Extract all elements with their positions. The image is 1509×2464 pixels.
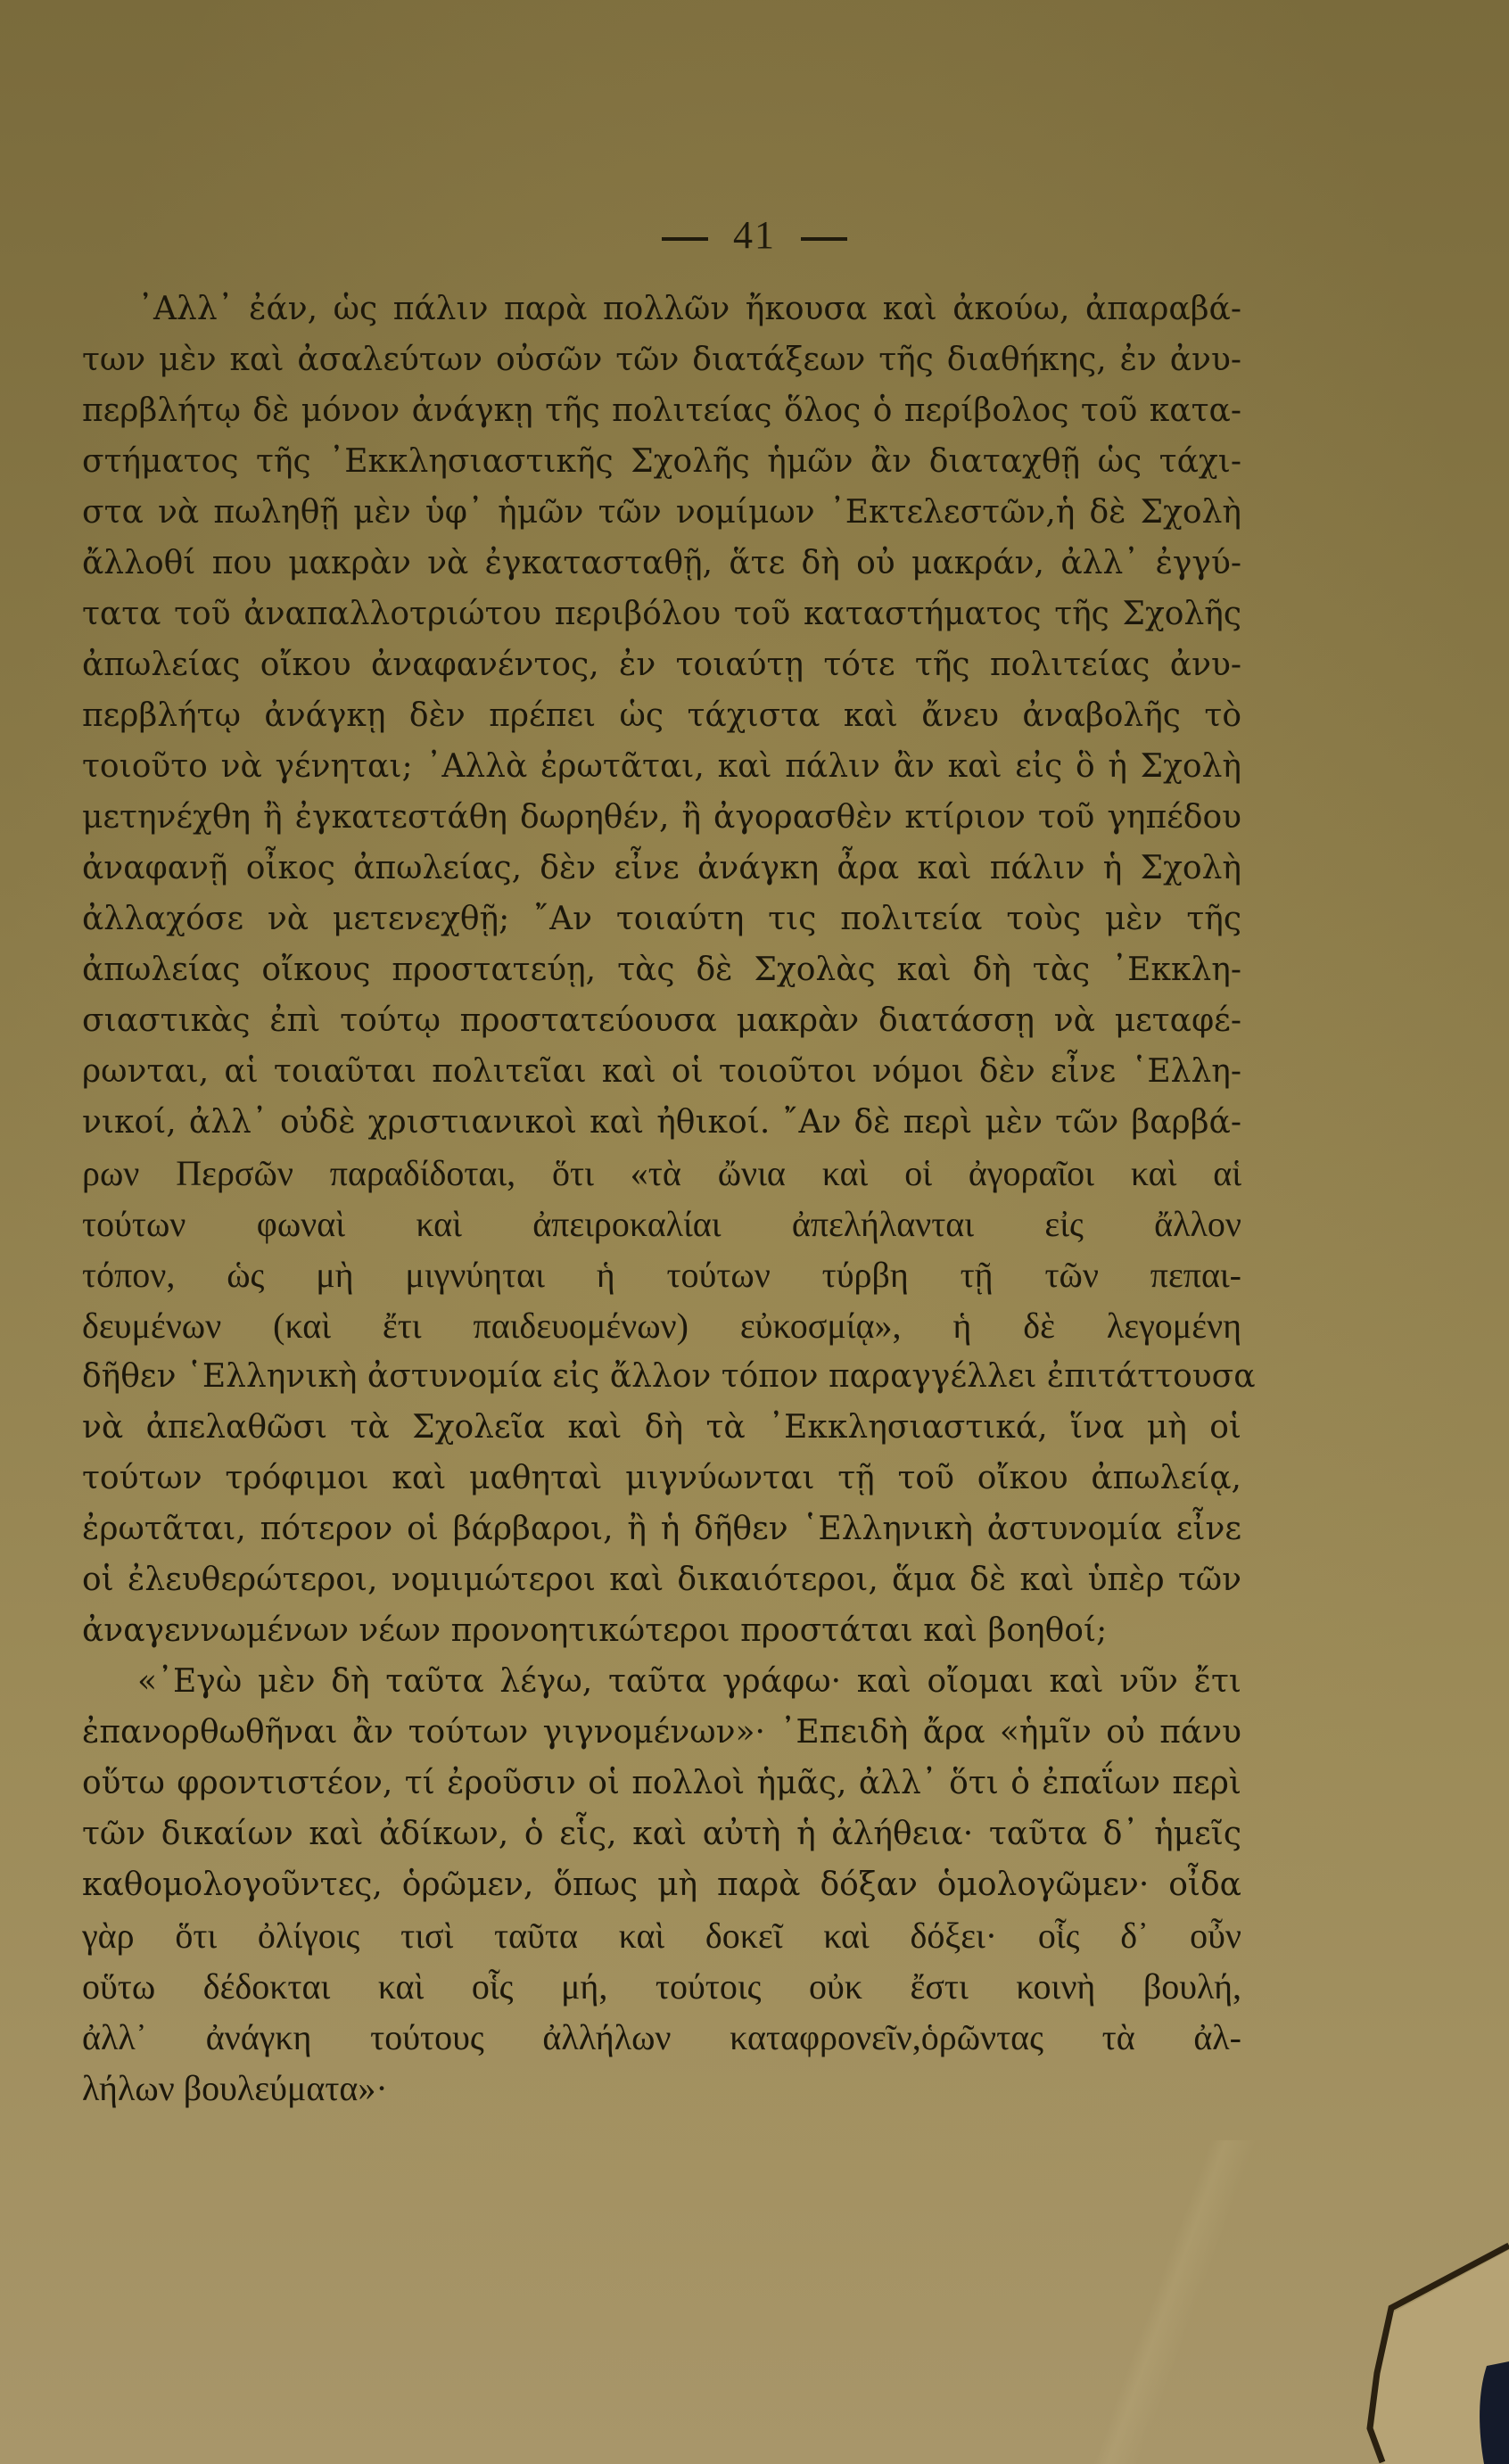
text-line: στα νὰ πωληθῇ μὲν ὑφ᾽ ἡμῶν τῶν νομίμων ᾽…: [82, 487, 1241, 538]
scanned-page: 41 ᾽Αλλ᾽ ἐάν, ὡς πάλιν παρὰ πολλῶν ἤκουσ…: [0, 0, 1509, 2464]
text-line: ἀλλαχόσε νὰ μετενεχθῇ; ῎Αν τοιαύτη τις π…: [82, 894, 1241, 944]
text-line: τούτων φωναὶ καὶ ἀπειροκαλίαι ἀπελήλαντα…: [82, 1199, 1241, 1249]
text-line: ἀπωλείας οἴκου ἀναφανέντος, ἐν τοιαύτῃ τ…: [82, 639, 1241, 690]
text-line: ἄλλοθί που μακρὰν νὰ ἐγκατασταθῇ, ἅτε δὴ…: [82, 538, 1241, 589]
text-line: τῶν δικαίων καὶ ἀδίκων, ὁ εἷς, καὶ αὐτὴ …: [82, 1809, 1241, 1859]
text-line: νικοί, ἀλλ᾽ οὐδὲ χριστιανικοὶ καὶ ἠθικοί…: [82, 1097, 1241, 1148]
text-line: τόπον, ὡς μὴ μιγνύηται ἡ τούτων τύρβη τῇ…: [82, 1249, 1241, 1300]
text-line: τούτων τρόφιμοι καὶ μαθηταὶ μιγνύωνται τ…: [82, 1453, 1241, 1504]
text-line: των μὲν καὶ ἀσαλεύτων οὐσῶν τῶν διατάξεω…: [82, 334, 1241, 385]
page-number: 41: [0, 212, 1509, 258]
text-line: δευμένων (καὶ ἔτι παιδευομένων) εὐκοσμίᾳ…: [82, 1300, 1241, 1351]
text-line: λήλων βουλεύματα»·: [82, 2063, 1241, 2114]
text-line: ρωνται, αἱ τοιαῦται πολιτεῖαι καὶ οἱ τοι…: [82, 1046, 1241, 1097]
body-text: ᾽Αλλ᾽ ἐάν, ὡς πάλιν παρὰ πολλῶν ἤκουσα κ…: [82, 284, 1241, 2114]
text-line: σιαστικὰς ἐπὶ τούτῳ προστατεύουσα μακρὰν…: [82, 995, 1241, 1046]
page-fold-crease: [1026, 2140, 1293, 2464]
text-line: ᾽Αλλ᾽ ἐάν, ὡς πάλιν παρὰ πολλῶν ἤκουσα κ…: [82, 284, 1241, 334]
text-line: ἐρωτᾶται, πότερον οἱ βάρβαροι, ἢ ἡ δῆθεν…: [82, 1504, 1241, 1554]
text-line: περβλήτῳ ἀνάγκῃ δὲν πρέπει ὡς τάχιστα κα…: [82, 690, 1241, 741]
text-line: τοιοῦτο νὰ γένηται; ᾽Αλλὰ ἐρωτᾶται, καὶ …: [82, 741, 1241, 792]
text-line: ἀναγεννωμένων νέων προνοητικώτεροι προστ…: [82, 1605, 1241, 1656]
text-line: τατα τοῦ ἀναπαλλοτριώτου περιβόλου τοῦ κ…: [82, 589, 1241, 639]
text-line: «᾽Εγὼ μὲν δὴ ταῦτα λέγω, ταῦτα γράφω· κα…: [82, 1656, 1241, 1707]
text-line: καθομολογοῦντες, ὁρῶμεν, ὅπως μὴ παρὰ δό…: [82, 1859, 1241, 1910]
text-line: ἀπωλείας οἴκους προστατεύῃ, τὰς δὲ Σχολὰ…: [82, 944, 1241, 995]
page-number-value: 41: [733, 213, 776, 257]
text-line: περβλήτῳ δὲ μόνον ἀνάγκῃ τῆς πολιτείας ὅ…: [82, 385, 1241, 436]
text-line: οὕτω δέδοκται καὶ οἷς μή, τούτοις οὐκ ἔσ…: [82, 1961, 1241, 2012]
text-line: οὕτω φροντιστέον, τί ἐροῦσιν οἱ πολλοὶ ἡ…: [82, 1758, 1241, 1809]
text-line: μετηνέχθη ἢ ἐγκατεστάθη δωρηθέν, ἢ ἀγορα…: [82, 792, 1241, 843]
text-line: οἱ ἐλευθερώτεροι, νομιμώτεροι καὶ δικαιό…: [82, 1554, 1241, 1605]
text-line: ἐπανορθωθῆναι ἂν τούτων γιγνομένων»· ᾽Επ…: [82, 1707, 1241, 1758]
text-line: δῆθεν ῾Ελληνικὴ ἀστυνομία εἰς ἄλλον τόπο…: [82, 1351, 1241, 1402]
left-dash: [662, 237, 708, 241]
text-line: ρων Περσῶν παραδίδοται, ὅτι «τὰ ὤνια καὶ…: [82, 1148, 1241, 1199]
text-line: στήματος τῆς ᾽Εκκλησιαστικῆς Σχολῆς ἡμῶν…: [82, 436, 1241, 487]
right-dash: [801, 237, 847, 241]
text-line: νὰ ἀπελαθῶσι τὰ Σχολεῖα καὶ δὴ τὰ ᾽Εκκλη…: [82, 1402, 1241, 1453]
text-line: ἀναφανῇ οἶκος ἀπωλείας, δὲν εἶνε ἀνάγκη …: [82, 843, 1241, 894]
text-line: γὰρ ὅτι ὀλίγοις τισὶ ταῦτα καὶ δοκεῖ καὶ…: [82, 1910, 1241, 1961]
text-line: ἀλλ᾽ ἀνάγκη τούτους ἀλλήλων καταφρονεῖν,…: [82, 2012, 1241, 2063]
torn-corner-icon: [1295, 2161, 1509, 2464]
